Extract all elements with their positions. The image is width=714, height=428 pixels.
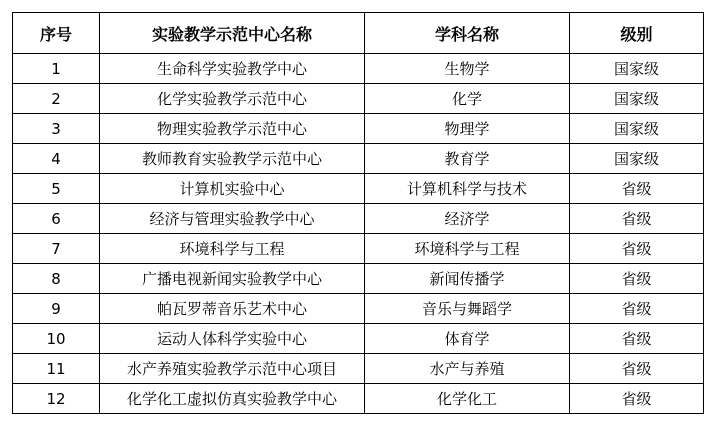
cell-discipline: 体育学 xyxy=(365,324,570,354)
header-discipline: 学科名称 xyxy=(365,13,570,54)
cell-index: 12 xyxy=(13,384,100,414)
table-row: 6经济与管理实验教学中心经济学省级 xyxy=(13,204,704,234)
cell-index: 11 xyxy=(13,354,100,384)
cell-level: 国家级 xyxy=(570,84,704,114)
cell-level: 国家级 xyxy=(570,114,704,144)
cell-center-name: 物理实验教学示范中心 xyxy=(100,114,365,144)
cell-index: 4 xyxy=(13,144,100,174)
cell-center-name: 广播电视新闻实验教学中心 xyxy=(100,264,365,294)
cell-center-name: 生命科学实验教学中心 xyxy=(100,54,365,84)
cell-index: 1 xyxy=(13,54,100,84)
cell-center-name: 计算机实验中心 xyxy=(100,174,365,204)
cell-index: 3 xyxy=(13,114,100,144)
cell-level: 国家级 xyxy=(570,54,704,84)
cell-level: 省级 xyxy=(570,354,704,384)
cell-index: 7 xyxy=(13,234,100,264)
cell-discipline: 音乐与舞蹈学 xyxy=(365,294,570,324)
table-row: 5计算机实验中心计算机科学与技术省级 xyxy=(13,174,704,204)
cell-level: 省级 xyxy=(570,384,704,414)
cell-discipline: 水产与养殖 xyxy=(365,354,570,384)
cell-center-name: 环境科学与工程 xyxy=(100,234,365,264)
table-row: 2化学实验教学示范中心化学国家级 xyxy=(13,84,704,114)
cell-discipline: 环境科学与工程 xyxy=(365,234,570,264)
table-row: 7环境科学与工程环境科学与工程省级 xyxy=(13,234,704,264)
cell-level: 省级 xyxy=(570,174,704,204)
cell-center-name: 运动人体科学实验中心 xyxy=(100,324,365,354)
cell-index: 2 xyxy=(13,84,100,114)
header-level: 级别 xyxy=(570,13,704,54)
table-row: 9帕瓦罗蒂音乐艺术中心音乐与舞蹈学省级 xyxy=(13,294,704,324)
header-row: 序号 实验教学示范中心名称 学科名称 级别 xyxy=(13,13,704,54)
table-row: 3物理实验教学示范中心物理学国家级 xyxy=(13,114,704,144)
cell-discipline: 计算机科学与技术 xyxy=(365,174,570,204)
cell-center-name: 教师教育实验教学示范中心 xyxy=(100,144,365,174)
table-row: 4教师教育实验教学示范中心教育学国家级 xyxy=(13,144,704,174)
cell-level: 国家级 xyxy=(570,144,704,174)
cell-index: 9 xyxy=(13,294,100,324)
header-index: 序号 xyxy=(13,13,100,54)
cell-center-name: 帕瓦罗蒂音乐艺术中心 xyxy=(100,294,365,324)
cell-level: 省级 xyxy=(570,204,704,234)
table-row: 11水产养殖实验教学示范中心项目水产与养殖省级 xyxy=(13,354,704,384)
table-row: 12化学化工虚拟仿真实验教学中心化学化工省级 xyxy=(13,384,704,414)
cell-discipline: 生物学 xyxy=(365,54,570,84)
header-center-name: 实验教学示范中心名称 xyxy=(100,13,365,54)
cell-center-name: 化学实验教学示范中心 xyxy=(100,84,365,114)
demonstration-centers-table: 序号 实验教学示范中心名称 学科名称 级别 1生命科学实验教学中心生物学国家级2… xyxy=(12,12,704,414)
cell-center-name: 水产养殖实验教学示范中心项目 xyxy=(100,354,365,384)
cell-index: 10 xyxy=(13,324,100,354)
cell-discipline: 化学化工 xyxy=(365,384,570,414)
table-row: 10运动人体科学实验中心体育学省级 xyxy=(13,324,704,354)
cell-level: 省级 xyxy=(570,264,704,294)
table-row: 1生命科学实验教学中心生物学国家级 xyxy=(13,54,704,84)
cell-index: 6 xyxy=(13,204,100,234)
cell-discipline: 化学 xyxy=(365,84,570,114)
cell-discipline: 物理学 xyxy=(365,114,570,144)
cell-index: 8 xyxy=(13,264,100,294)
cell-level: 省级 xyxy=(570,294,704,324)
cell-discipline: 教育学 xyxy=(365,144,570,174)
cell-level: 省级 xyxy=(570,324,704,354)
cell-level: 省级 xyxy=(570,234,704,264)
table-row: 8广播电视新闻实验教学中心新闻传播学省级 xyxy=(13,264,704,294)
cell-index: 5 xyxy=(13,174,100,204)
cell-center-name: 化学化工虚拟仿真实验教学中心 xyxy=(100,384,365,414)
cell-center-name: 经济与管理实验教学中心 xyxy=(100,204,365,234)
cell-discipline: 新闻传播学 xyxy=(365,264,570,294)
cell-discipline: 经济学 xyxy=(365,204,570,234)
